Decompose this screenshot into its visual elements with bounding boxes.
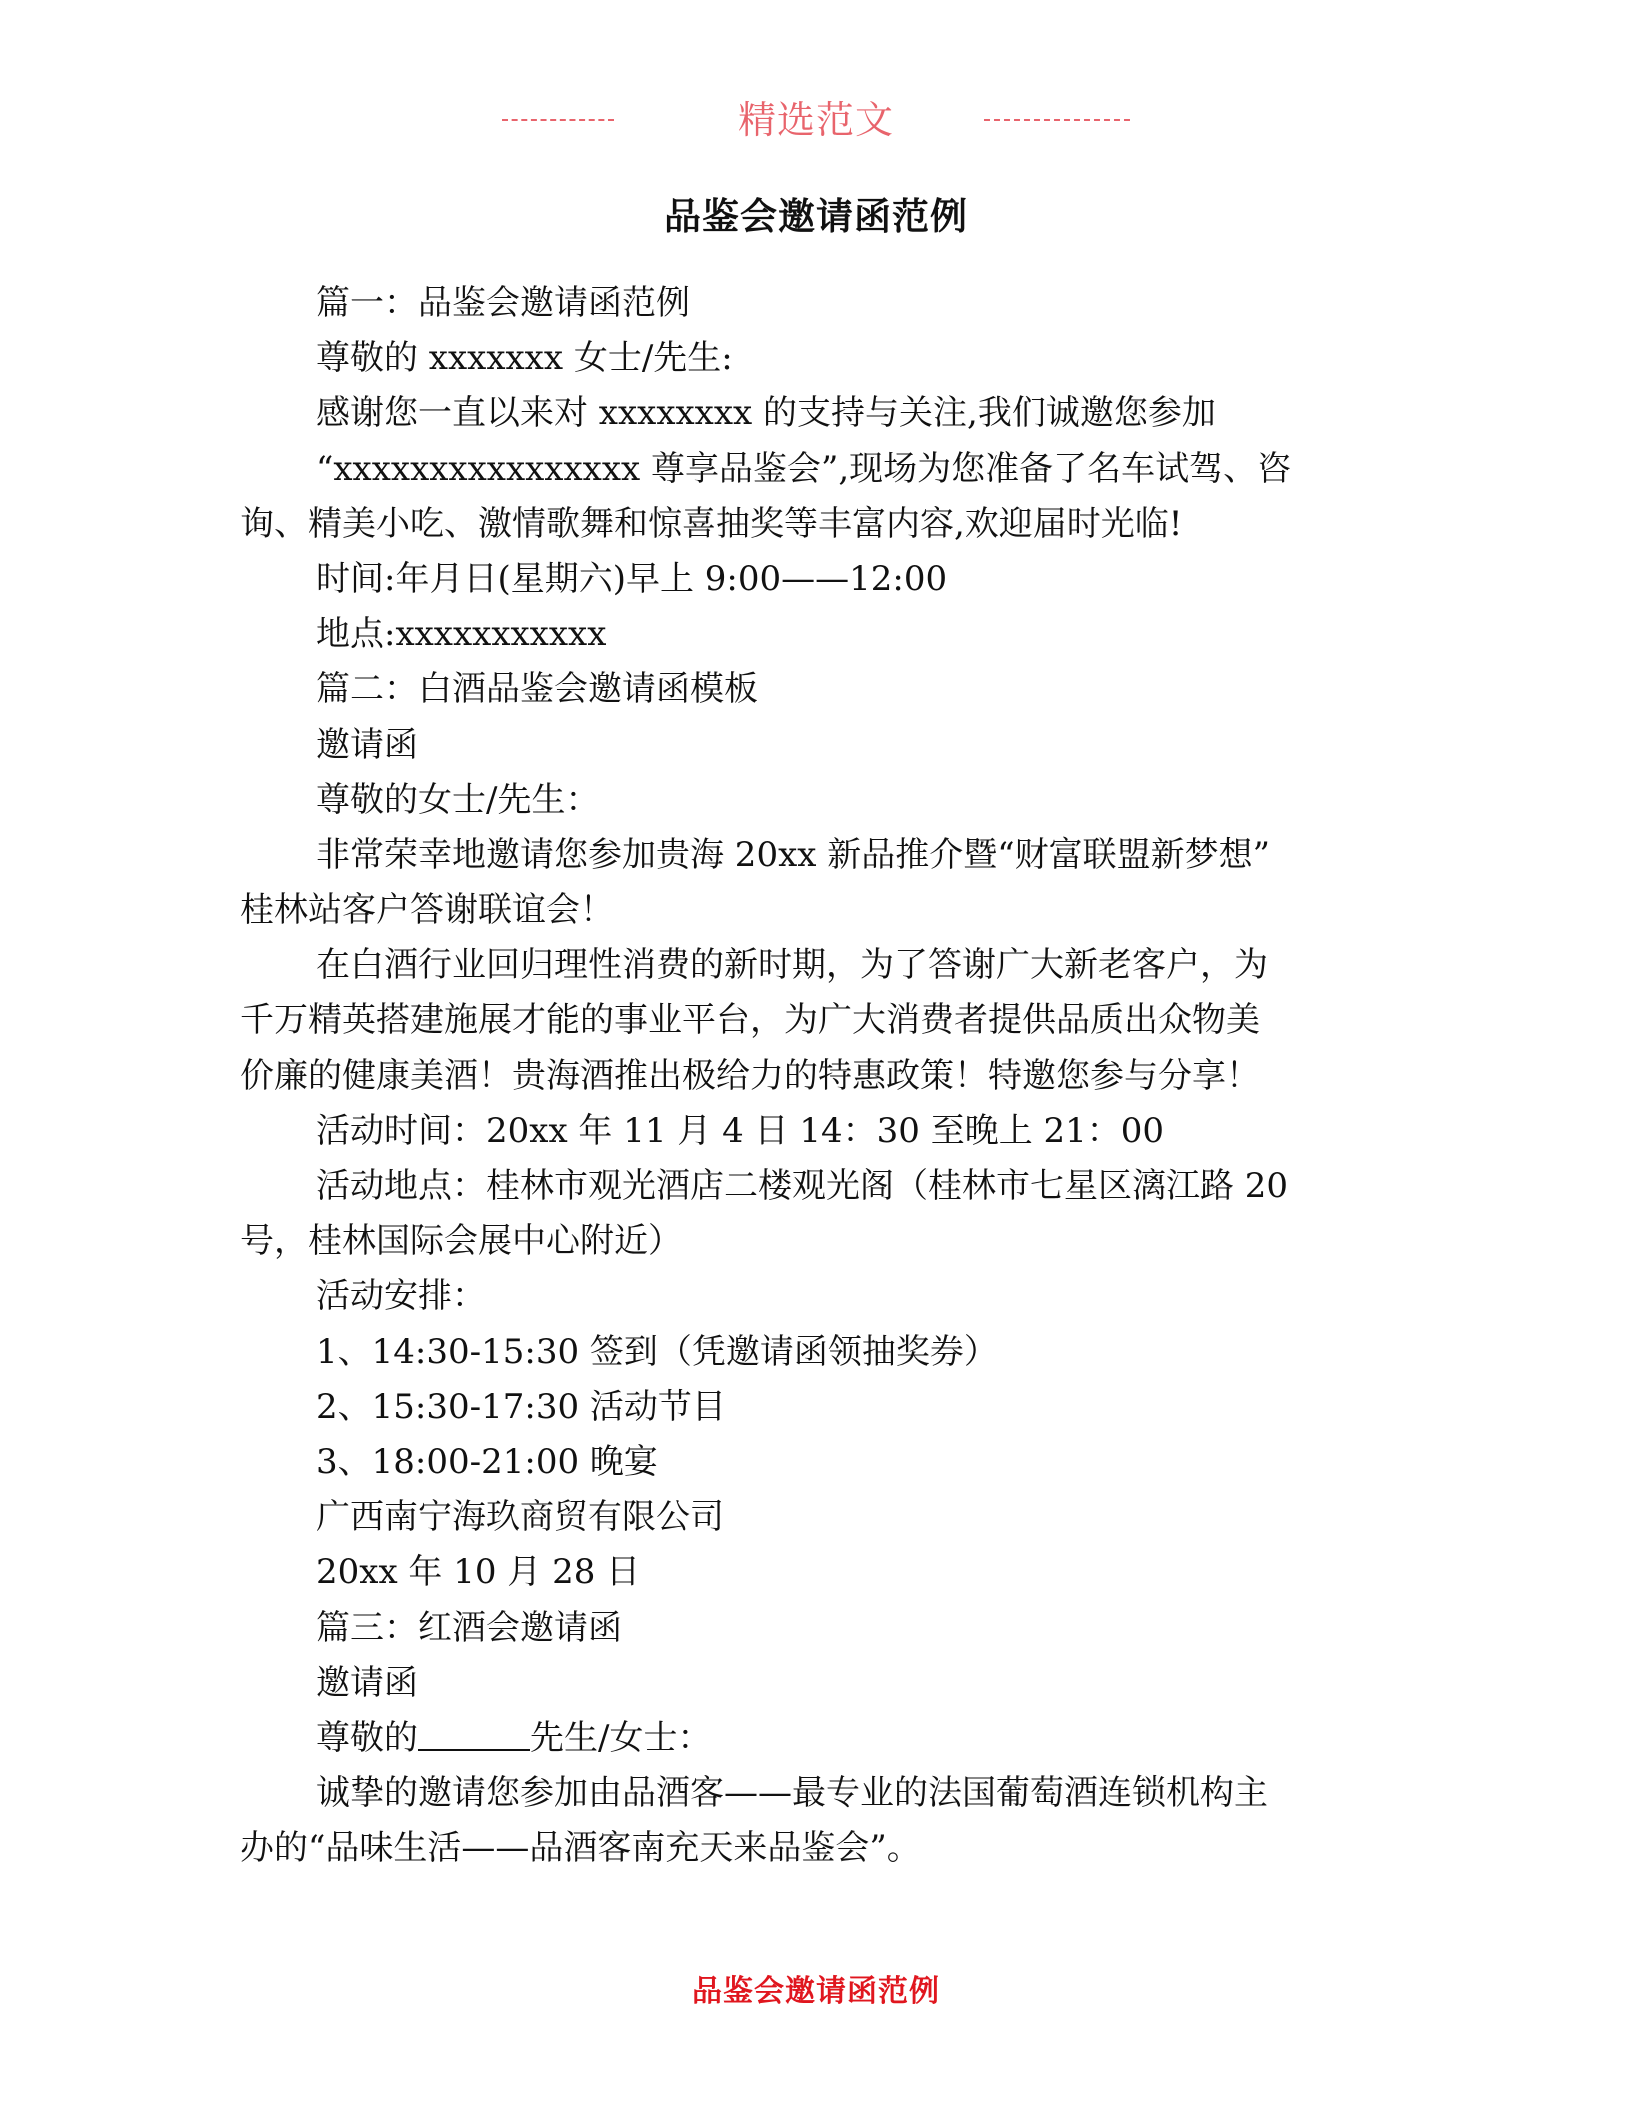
document-body: 篇一：品鉴会邀请函范例 尊敬的 xxxxxxx 女士/先生: 感谢您一直以来对 … xyxy=(240,276,1370,1876)
paragraph-line: 非常荣幸地邀请您参加贵海 20xx 新品推介暨“财富联盟新梦想” xyxy=(240,828,1370,883)
event-time-1: 时间:年月日(星期六)早上 9:00——12:00 xyxy=(240,552,1370,607)
name-blank xyxy=(418,1719,530,1751)
salutation-3: 尊敬的先生/女士： xyxy=(240,1711,1370,1766)
paragraph-line: 千万精英搭建施展才能的事业平台，为广大消费者提供品质出众物美 xyxy=(240,993,1370,1048)
event-location-1: 地点:xxxxxxxxxxx xyxy=(240,607,1370,662)
schedule-heading: 活动安排： xyxy=(240,1269,1370,1324)
header-label: 精选范文 xyxy=(0,98,1632,142)
page-header: 精选范文 xyxy=(0,98,1632,144)
paragraph-line: 诚挚的邀请您参加由品酒客——最专业的法国葡萄酒连锁机构主 xyxy=(240,1766,1370,1821)
section-heading-3: 篇三：红酒会邀请函 xyxy=(240,1601,1370,1656)
salutation-3-prefix: 尊敬的 xyxy=(316,1718,418,1758)
schedule-item: 3、18:00-21:00 晚宴 xyxy=(240,1435,1370,1490)
event-location-2-cont: 号，桂林国际会展中心附近） xyxy=(240,1214,1370,1269)
signature-date: 20xx 年 10 月 28 日 xyxy=(240,1545,1370,1600)
salutation-1: 尊敬的 xxxxxxx 女士/先生: xyxy=(240,331,1370,386)
paragraph-line: “xxxxxxxxxxxxxxxx 尊享品鉴会”,现场为您准备了名车试驾、咨 xyxy=(240,442,1370,497)
header-dash-right xyxy=(984,119,1130,121)
paragraph-line: 感谢您一直以来对 xxxxxxxx 的支持与关注,我们诚邀您参加 xyxy=(240,386,1370,441)
event-time-2: 活动时间：20xx 年 11 月 4 日 14：30 至晚上 21：00 xyxy=(240,1104,1370,1159)
paragraph-line: 桂林站客户答谢联谊会！ xyxy=(240,883,1370,938)
event-location-2: 活动地点：桂林市观光酒店二楼观光阁（桂林市七星区漓江路 20 xyxy=(240,1159,1370,1214)
paragraph-line: 价廉的健康美酒！贵海酒推出极给力的特惠政策！特邀您参与分享！ xyxy=(240,1049,1370,1104)
section-heading-1: 篇一：品鉴会邀请函范例 xyxy=(240,276,1370,331)
schedule-item: 2、15:30-17:30 活动节目 xyxy=(240,1380,1370,1435)
salutation-3-suffix: 先生/女士： xyxy=(530,1718,711,1758)
signature-company: 广西南宁海玖商贸有限公司 xyxy=(240,1490,1370,1545)
paragraph-line: 询、精美小吃、激情歌舞和惊喜抽奖等丰富内容,欢迎届时光临! xyxy=(240,497,1370,552)
letter-heading-2: 邀请函 xyxy=(240,718,1370,773)
schedule-item: 1、14:30-15:30 签到（凭邀请函领抽奖券） xyxy=(240,1325,1370,1380)
paragraph-line: 办的“品味生活——品酒客南充天来品鉴会”。 xyxy=(240,1821,1370,1876)
page-footer: 品鉴会邀请函范例 xyxy=(0,1972,1632,2012)
paragraph-line: 在白酒行业回归理性消费的新时期，为了答谢广大新老客户，为 xyxy=(240,938,1370,993)
section-heading-2: 篇二：白酒品鉴会邀请函模板 xyxy=(240,662,1370,717)
letter-heading-3: 邀请函 xyxy=(240,1656,1370,1711)
salutation-2: 尊敬的女士/先生： xyxy=(240,773,1370,828)
document-title: 品鉴会邀请函范例 xyxy=(0,192,1632,240)
